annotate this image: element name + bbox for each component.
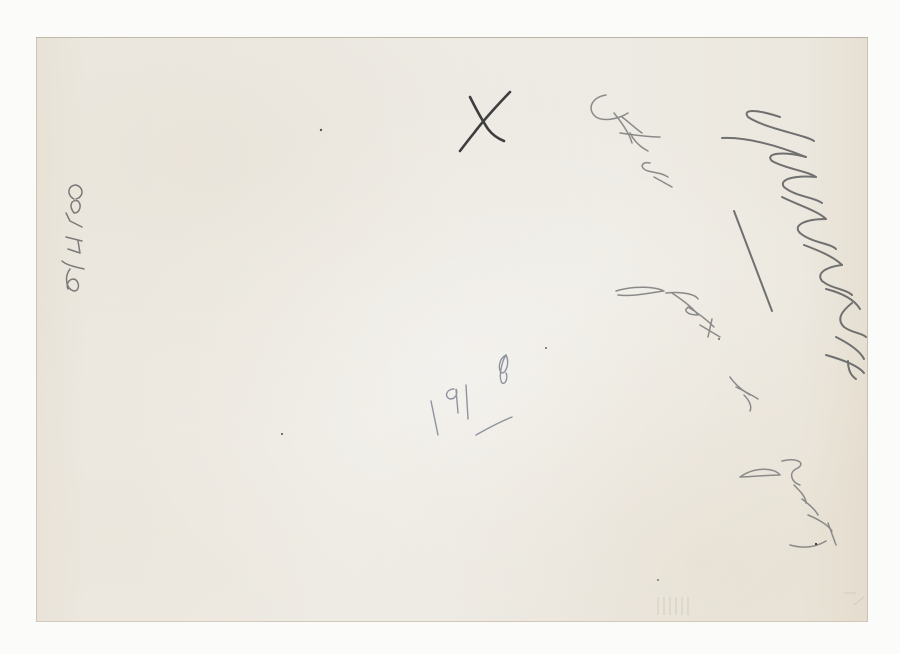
faint-stamp-trace: [658, 593, 864, 615]
photo-card-verso: 614 760 X Marrakech Camp et fort des Gue…: [36, 37, 868, 622]
place-name: Marrakech: [789, 107, 868, 354]
x-mark-label: X: [466, 89, 503, 149]
year: 1918: [428, 356, 537, 422]
catalog-number: 614 760: [64, 214, 89, 305]
caption-text: Camp et fort des Guelity: [585, 93, 786, 442]
scan-background: 614 760 X Marrakech Camp et fort des Gue…: [0, 0, 900, 654]
pencil-annotations-drawing: [36, 37, 868, 622]
